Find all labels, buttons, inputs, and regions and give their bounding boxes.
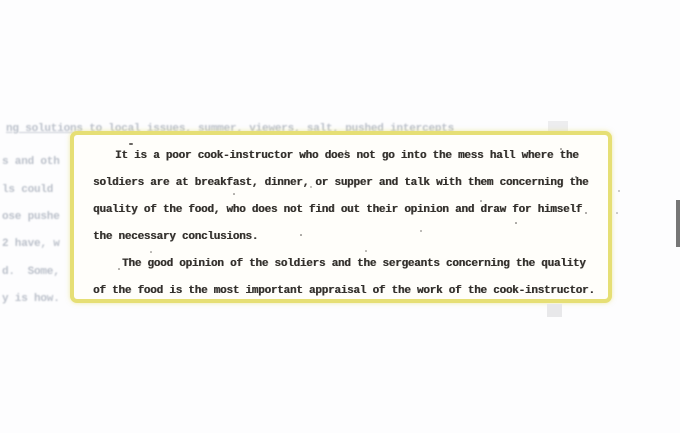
passage-line: of the food is the most important apprai… bbox=[93, 278, 602, 305]
scrollbar-thumb[interactable] bbox=[676, 200, 680, 247]
noise-speck bbox=[585, 212, 587, 214]
faded-background-text-fragment: ose pushe bbox=[2, 211, 60, 223]
noise-speck bbox=[420, 230, 422, 232]
noise-speck bbox=[345, 150, 347, 152]
highlighted-passage-box[interactable]: It is a poor cook-instructor who does no… bbox=[70, 131, 612, 303]
noise-speck bbox=[616, 212, 618, 214]
faded-background-text-fragment: 2 have, w bbox=[2, 238, 60, 250]
passage-line: The good opinion of the soldiers and the… bbox=[93, 251, 602, 278]
scanned-document-page: ng solutions to local issues, summer, vi… bbox=[0, 0, 680, 433]
passage-line: It is a poor cook-instructor who does no… bbox=[93, 143, 602, 170]
noise-speck bbox=[618, 190, 620, 192]
noise-speck bbox=[515, 222, 517, 224]
noise-speck bbox=[365, 250, 367, 252]
faded-background-text-fragment: d. Some, bbox=[2, 266, 60, 278]
passage-line: the necessary conclusions. bbox=[93, 224, 602, 251]
noise-speck bbox=[129, 143, 133, 145]
noise-speck bbox=[583, 181, 585, 183]
passage-line: quality of the food, who does not find o… bbox=[93, 197, 602, 224]
noise-speck bbox=[545, 262, 547, 264]
noise-speck bbox=[480, 200, 482, 202]
noise-speck bbox=[118, 268, 120, 270]
faded-background-text-fragment: ls could bbox=[2, 184, 53, 196]
faded-background-text-fragment: y is how. bbox=[2, 293, 60, 305]
noise-speck bbox=[300, 234, 302, 236]
noise-speck bbox=[560, 148, 562, 150]
faded-background-text-fragment: s and oth bbox=[2, 156, 60, 168]
noise-speck bbox=[233, 193, 235, 195]
passage-line: soldiers are at breakfast, dinner, or su… bbox=[93, 170, 602, 197]
noise-speck bbox=[150, 251, 152, 253]
noise-speck bbox=[575, 176, 577, 178]
noise-speck bbox=[310, 186, 312, 188]
scan-artifact-square bbox=[547, 304, 562, 317]
passage-text: It is a poor cook-instructor who does no… bbox=[74, 135, 608, 305]
